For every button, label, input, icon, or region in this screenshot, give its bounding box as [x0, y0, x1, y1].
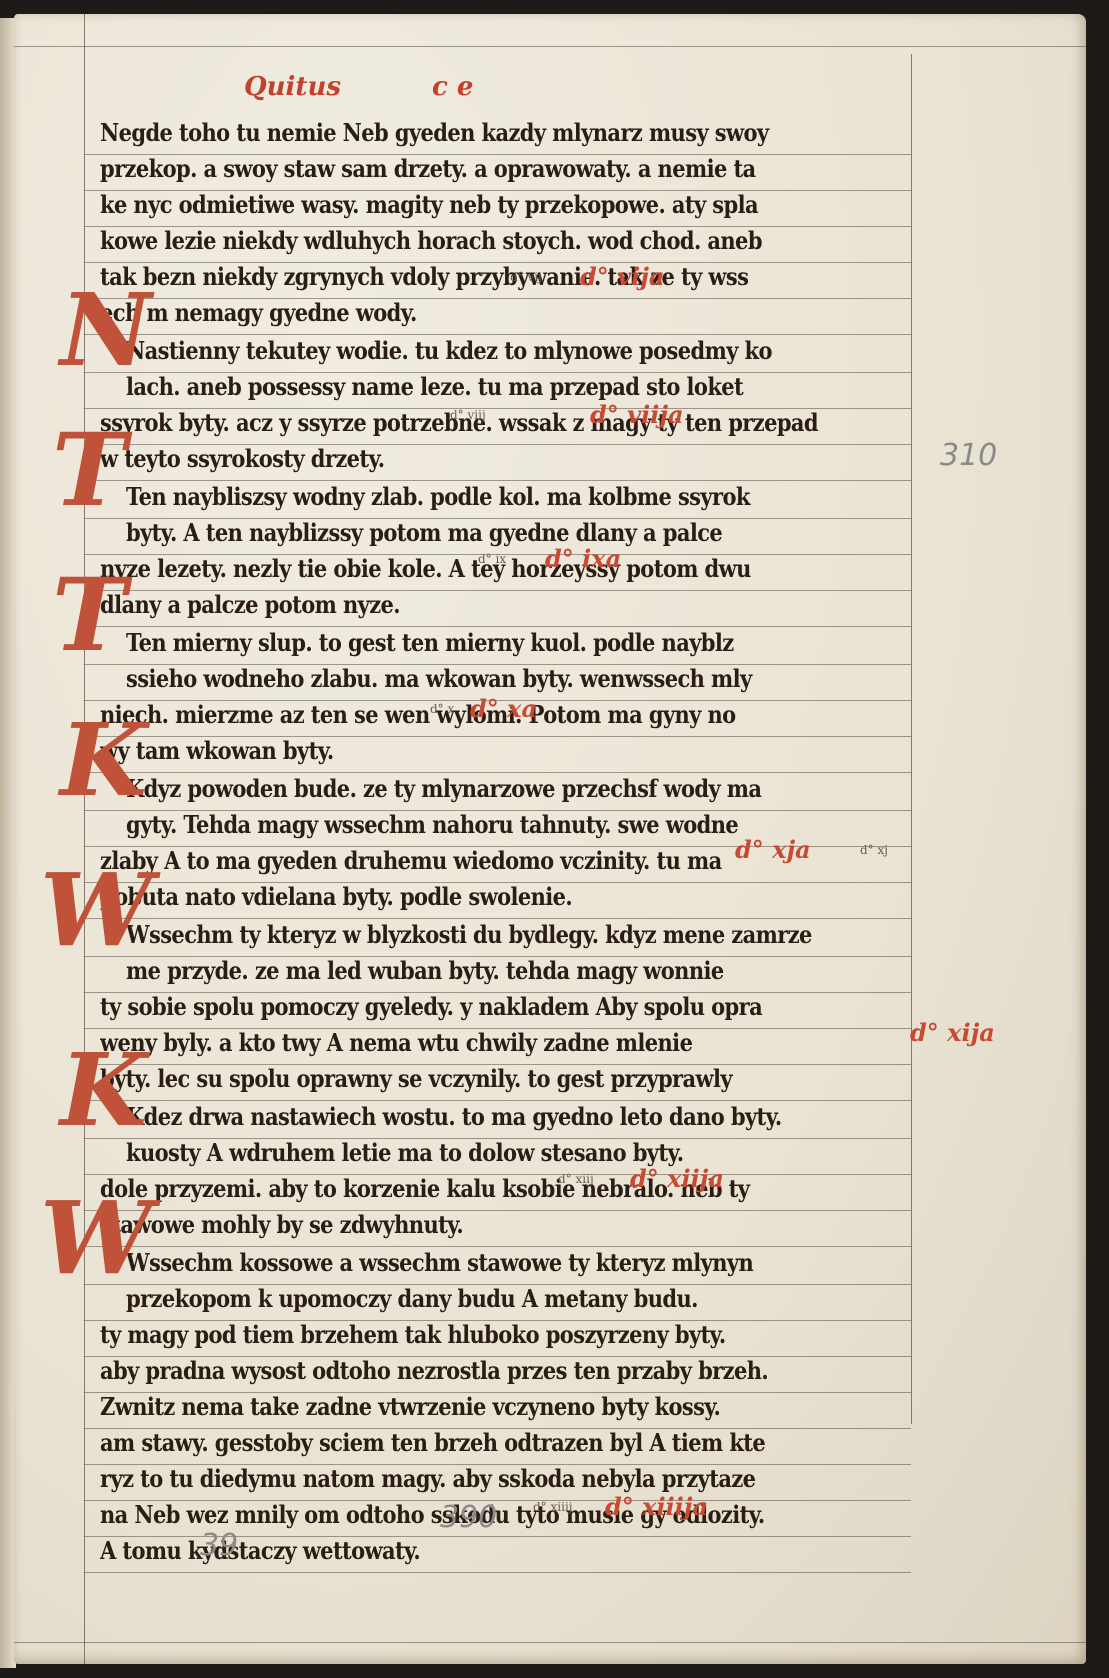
text-line: wy tam wkowan byty. — [100, 734, 926, 769]
text-line: me przyde. ze ma led wuban byty. tehda m… — [126, 954, 926, 989]
text-line: byty. lec su spolu oprawny se vczynily. … — [100, 1062, 926, 1097]
text-line: w teyto ssyrokosty drzety. — [100, 442, 926, 477]
text-line: lach. aneb possessy name leze. tu ma prz… — [126, 370, 926, 405]
text-line: ech m nemagy gyedne wody. — [100, 296, 926, 331]
pencil-folio-number: 39 — [200, 1528, 238, 1563]
text-line: Wssechm kossowe a wssechm stawowe ty kte… — [126, 1246, 926, 1281]
text-line: ke nyc odmietiwe wasy. magity neb ty prz… — [100, 188, 926, 223]
decorated-initial: W — [40, 1188, 152, 1288]
text-line: Kdyz powoden bude. ze ty mlynarzowe prze… — [126, 772, 926, 807]
rubric-reference: d° viija — [590, 400, 684, 429]
text-line: ryz to tu diedymu natom magy. aby sskoda… — [100, 1462, 926, 1497]
rubric-reference: d° xja — [735, 835, 811, 864]
decorated-initial: T — [52, 420, 126, 520]
text-line: dole przyzemi. aby to korzenie kalu ksob… — [100, 1172, 926, 1207]
rubric-reference: d° xija — [910, 1018, 995, 1047]
decorated-initial: N — [60, 280, 151, 380]
manuscript-page: Quitus c e Negde toho tu nemie Neb gyede… — [14, 14, 1086, 1664]
pencil-folio-number: 390 — [440, 1500, 497, 1535]
text-line: ssyrok byty. acz y ssyrze potrzebne. wss… — [100, 406, 926, 441]
guide-note: d° viij — [450, 408, 486, 422]
text-line: Ten naybliszsy wodny zlab. podle kol. ma… — [126, 480, 926, 515]
guide-note: d° x — [430, 702, 454, 716]
text-line: Wssechm ty kteryz w blyzkosti du bydlegy… — [126, 918, 926, 953]
decorated-initial: T — [52, 565, 126, 665]
text-line: Nastienny tekutey wodie. tu kdez to mlyn… — [126, 334, 926, 369]
decorated-initial: W — [40, 860, 152, 960]
rubric-reference: d° xiiija — [605, 1492, 708, 1521]
top-rule — [14, 46, 1086, 47]
text-line: weny byly. a kto twy A nema wtu chwily z… — [100, 1026, 926, 1061]
text-line: ty magy pod tiem brzehem tak hluboko pos… — [100, 1318, 926, 1353]
rubric-reference: d° xiija — [630, 1164, 724, 1193]
text-line: przekopom k upomoczy dany budu A metany … — [126, 1282, 926, 1317]
guide-note: d° vij — [510, 270, 542, 284]
rubric-reference: d° ixa — [545, 544, 621, 573]
guide-note: d° xiiij — [533, 1500, 573, 1514]
guide-note: d° xiij — [558, 1172, 594, 1186]
text-line: Kdez drwa nastawiech wostu. to ma gyedno… — [126, 1100, 926, 1135]
running-head-left: Quitus — [244, 72, 341, 102]
text-line: dlany a palcze potom nyze. — [100, 588, 926, 623]
running-head-right: c e — [432, 72, 473, 102]
text-line: pobuta nato vdielana byty. podle swoleni… — [100, 880, 926, 915]
text-line: stawowe mohly by se zdwyhnuty. — [100, 1208, 926, 1243]
guide-note: d° xj — [860, 843, 888, 857]
text-line: ssieho wodneho zlabu. ma wkowan byty. we… — [126, 662, 926, 697]
text-line: na Neb wez mnily om odtoho sskodu tyto m… — [100, 1498, 926, 1533]
text-line: Ten mierny slup. to gest ten mierny kuol… — [126, 626, 926, 661]
decorated-initial: K — [60, 710, 147, 810]
text-line: am stawy. gesstoby sciem ten brzeh odtra… — [100, 1426, 926, 1461]
decorated-initial: K — [60, 1040, 147, 1140]
text-line: kowe lezie niekdy wdluhych horach stoych… — [100, 224, 926, 259]
text-line: aby pradna wysost odtoho nezrostla przes… — [100, 1354, 926, 1389]
text-line: Negde toho tu nemie Neb gyeden kazdy mly… — [100, 116, 926, 151]
guide-note: d° ix — [478, 552, 506, 566]
rubric-reference: d° xa — [470, 694, 537, 723]
text-line: Zwnitz nema take zadne vtwrzenie vczynen… — [100, 1390, 926, 1425]
rubric-reference: d° vija — [580, 262, 664, 291]
text-line: ty sobie spolu pomoczy gyeledy. y naklad… — [100, 990, 926, 1025]
ruling-line — [84, 1572, 911, 1573]
text-line: kuosty A wdruhem letie ma to dolow stesa… — [126, 1136, 926, 1171]
bottom-rule — [14, 1642, 1086, 1643]
text-line: przekop. a swoy staw sam drzety. a opraw… — [100, 152, 926, 187]
text-line: byty. A ten nayblizssy potom ma gyedne d… — [126, 516, 926, 551]
text-line: nyze lezety. nezly tie obie kole. A tey … — [100, 552, 926, 587]
pencil-folio-number: 310 — [940, 438, 997, 473]
